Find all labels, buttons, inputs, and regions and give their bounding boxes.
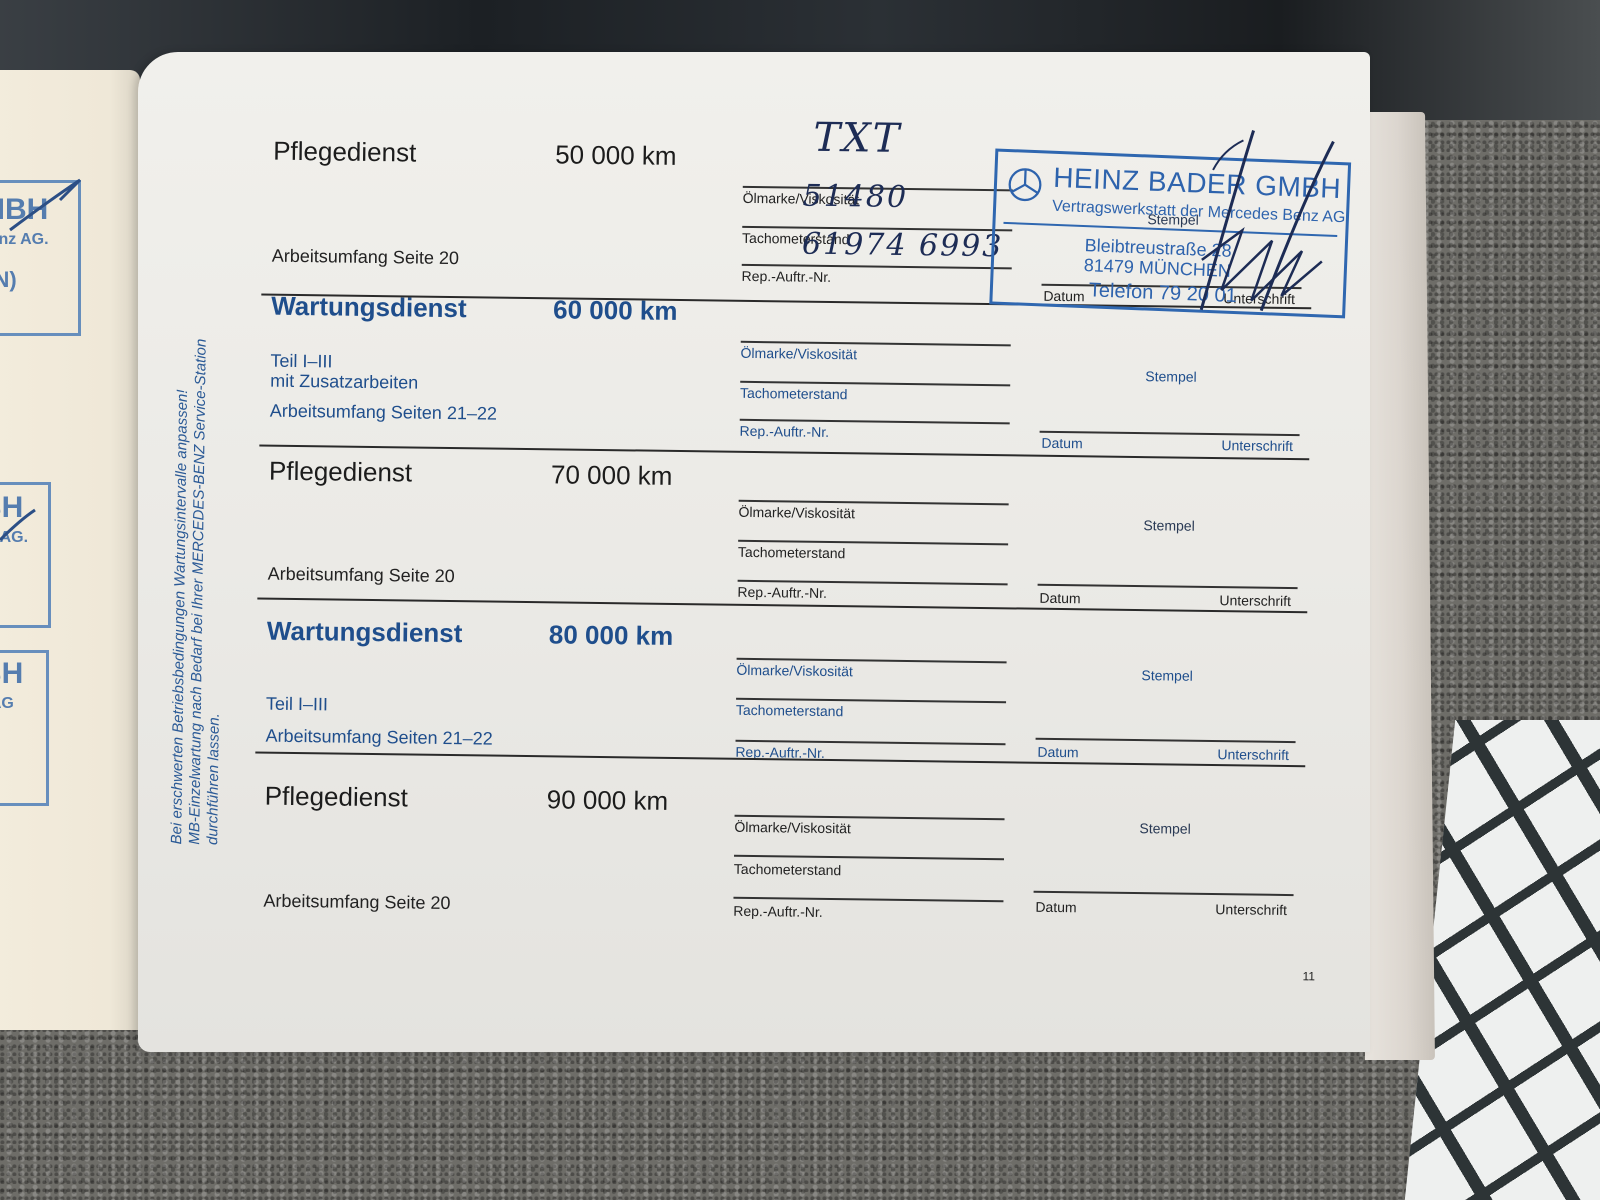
handwritten-signature bbox=[1181, 120, 1384, 323]
oil-label: Ölmarke/Viskosität bbox=[741, 345, 858, 363]
side-note-vertical: Bei erschwerten Betriebsbedingungen Wart… bbox=[168, 184, 231, 845]
left-page: MBH Benz AG. LN) rift BH nz AG. I) BH z … bbox=[0, 70, 140, 1030]
service-title: Wartungsdienst bbox=[271, 291, 467, 325]
signature-label: Unterschrift bbox=[1217, 746, 1289, 763]
stamp-label: Stempel bbox=[1141, 667, 1193, 684]
oil-label: Ölmarke/Viskosität bbox=[736, 662, 853, 680]
mercedes-star-icon bbox=[1006, 166, 1043, 203]
service-entry-80000: Wartungsdienst 80 000 km Teil I–III Arbe… bbox=[257, 616, 1317, 630]
odometer-label: Tachometerstand bbox=[734, 861, 842, 878]
service-book-page: Bei erschwerten Betriebsbedingungen Wart… bbox=[138, 52, 1370, 1052]
service-km: 90 000 km bbox=[547, 784, 669, 817]
service-title: Wartungsdienst bbox=[267, 616, 463, 650]
old-signature-strokes bbox=[0, 160, 130, 560]
stamp-label: Stempel bbox=[1143, 517, 1195, 534]
odometer-label: Tachometerstand bbox=[738, 544, 846, 561]
partial-stamp-3: BH z AG bbox=[0, 650, 49, 806]
date-label: Datum bbox=[1037, 744, 1078, 761]
odometer-label: Tachometerstand bbox=[740, 385, 848, 402]
service-extra: mit Zusatzarbeiten bbox=[270, 371, 418, 394]
handwritten-oil: TXT bbox=[813, 115, 901, 162]
page-number: 11 bbox=[1302, 969, 1315, 983]
service-entry-90000: Pflegedienst 90 000 km Arbeitsumfang Sei… bbox=[255, 780, 1315, 794]
service-title: Pflegedienst bbox=[265, 781, 409, 814]
stamp-label: Stempel bbox=[1139, 820, 1191, 837]
service-km: 60 000 km bbox=[553, 294, 678, 327]
service-scope: Arbeitsumfang Seite 20 bbox=[263, 891, 450, 914]
service-scope: Arbeitsumfang Seite 20 bbox=[272, 246, 459, 269]
service-km: 80 000 km bbox=[549, 619, 674, 652]
service-scope: Arbeitsumfang Seiten 21–22 bbox=[265, 726, 492, 750]
service-title: Pflegedienst bbox=[273, 136, 417, 169]
handwritten-order-number: 61974 6993 bbox=[802, 227, 1004, 265]
service-part: Teil I–III bbox=[270, 351, 332, 373]
stamp-label: Stempel bbox=[1145, 368, 1197, 385]
order-number-label: Rep.-Auftr.-Nr. bbox=[739, 423, 829, 440]
service-title: Pflegedienst bbox=[269, 456, 413, 489]
service-km: 50 000 km bbox=[555, 139, 677, 172]
date-label: Datum bbox=[1041, 435, 1082, 452]
order-number-label: Rep.-Auftr.-Nr. bbox=[742, 268, 832, 285]
service-km: 70 000 km bbox=[551, 459, 673, 492]
date-label: Datum bbox=[1035, 899, 1076, 916]
date-label: Datum bbox=[1039, 590, 1080, 607]
service-scope: Arbeitsumfang Seiten 21–22 bbox=[270, 401, 497, 425]
signature-label: Unterschrift bbox=[1221, 437, 1293, 454]
order-number-label: Rep.-Auftr.-Nr. bbox=[733, 903, 823, 920]
signature-label: Unterschrift bbox=[1219, 592, 1291, 609]
oil-label: Ölmarke/Viskosität bbox=[734, 819, 851, 837]
order-number-label: Rep.-Auftr.-Nr. bbox=[737, 584, 827, 601]
handwritten-odometer: 51480 bbox=[802, 179, 908, 215]
oil-label: Ölmarke/Viskosität bbox=[738, 504, 855, 522]
service-entry-50000: Pflegedienst 50 000 km Arbeitsumfang Sei… bbox=[263, 136, 1323, 150]
service-scope: Arbeitsumfang Seite 20 bbox=[268, 564, 455, 587]
service-part: Teil I–III bbox=[266, 694, 328, 716]
signature-label: Unterschrift bbox=[1215, 901, 1287, 918]
odometer-label: Tachometerstand bbox=[736, 702, 844, 719]
